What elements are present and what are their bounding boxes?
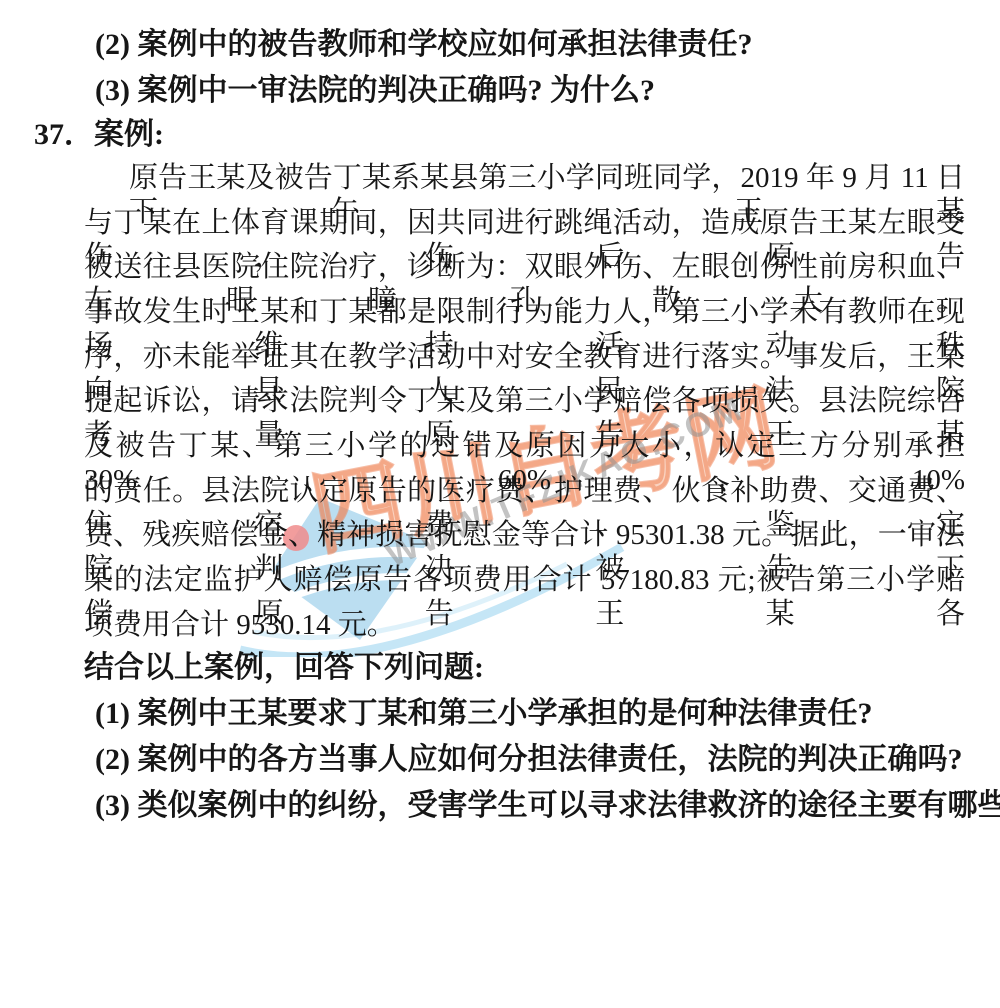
prev-question-2: (2) 案例中的被告教师和学校应如何承担法律责任? (95, 28, 752, 62)
exam-page: 四川自考网 WWW.TFZIKAO.COM (2) 案例中的被告教师和学校应如何… (0, 0, 1000, 1008)
case-paragraph-line: 项费用合计 9530.14 元。 (84, 608, 396, 642)
item-number-label: 37．案例: (34, 118, 164, 152)
prev-question-3: (3) 案例中一审法院的判决正确吗? 为什么? (95, 74, 655, 108)
question-2: (2) 案例中的各方当事人应如何分担法律责任，法院的判决正确吗? (95, 743, 962, 777)
questions-lead: 结合以上案例，回答下列问题: (84, 651, 484, 685)
question-3: (3) 类似案例中的纠纷，受害学生可以寻求法律救济的途径主要有哪些? (95, 789, 1000, 823)
document-text: (2) 案例中的被告教师和学校应如何承担法律责任? (3) 案例中一审法院的判决… (0, 0, 1000, 1008)
question-1: (1) 案例中王某要求丁某和第三小学承担的是何种法律责任? (95, 697, 872, 731)
